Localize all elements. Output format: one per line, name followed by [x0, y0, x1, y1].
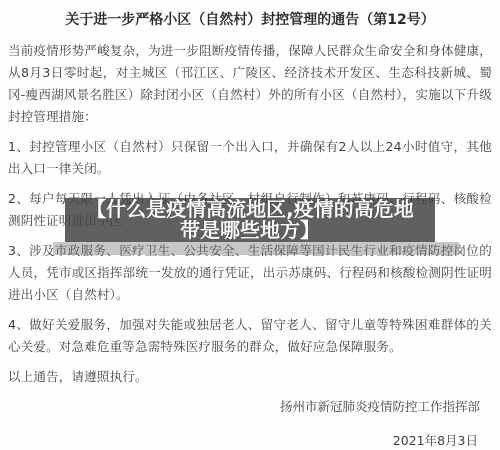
notice-page: 关于进一步严格小区（自然村）封控管理的通告（第12号） 当前疫情形势严峻复杂，为…: [0, 0, 500, 450]
signature-block: 扬州市新冠肺炎疫情防控工作指挥部 2021年8月3日: [8, 396, 492, 450]
notice-intro-paragraph: 当前疫情形势严峻复杂，为进一步阻断疫情传播，保障人民群众生命安全和身体健康，从8…: [8, 40, 492, 128]
notice-item-4: 4、做好关爱服务，加强对失能或独居老人、留守老人、留守儿童等特殊困难群体的关心关…: [8, 314, 492, 358]
notice-item-3: 3、涉及市政服务、医疗卫生、公共安全、生活保障等国计民生行业和疫情防控岗位的人员…: [8, 240, 492, 306]
issue-date: 2021年8月3日: [8, 430, 492, 450]
notice-item-2: 2、每户每天限一人凭出入证（由各社区、村组自行制作）和苏康码、行程码、核酸检测阴…: [8, 188, 492, 232]
notice-closing-line: 以上通告，请遵照执行。: [8, 366, 492, 388]
notice-item-1: 1、封控管理小区（自然村）只保留一个出入口，并确保有2人以上24小时值守，其他出…: [8, 136, 492, 180]
issuer-signature: 扬州市新冠肺炎疫情防控工作指挥部: [8, 396, 492, 418]
notice-title: 关于进一步严格小区（自然村）封控管理的通告（第12号）: [8, 10, 492, 30]
